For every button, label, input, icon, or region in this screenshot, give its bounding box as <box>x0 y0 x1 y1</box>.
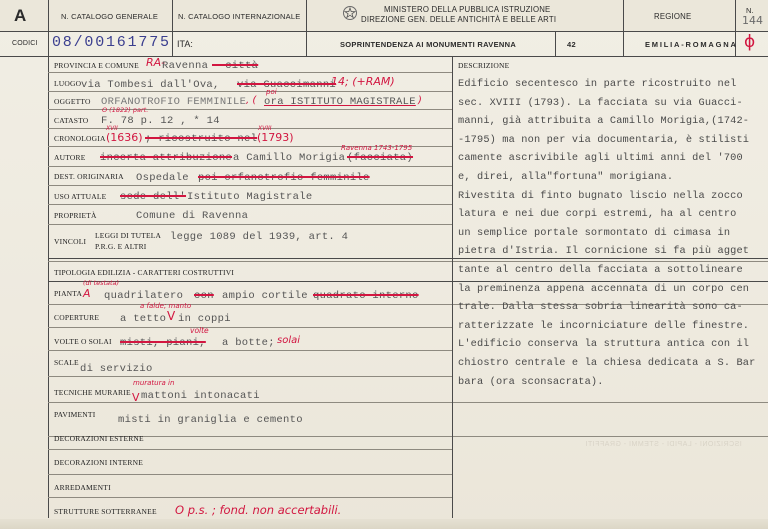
proprieta-value: Comune di Ravenna <box>136 210 248 222</box>
uso-attuale-label: USO ATTUALE <box>54 192 106 201</box>
pianta-annotation: A <box>83 287 91 300</box>
descrizione-line: tante al centro della facciata a sottoli… <box>458 264 743 276</box>
cronologia-value-2: (1793) <box>257 131 294 144</box>
regione-label: REGIONE <box>654 12 691 21</box>
luogo-annotation: 14; (+RAM) <box>331 75 395 88</box>
strutture-label: STRUTTURE SOTTERRANEE <box>54 507 157 516</box>
tecniche-value: mattoni intonacati <box>141 390 260 402</box>
descrizione-line: sec. XVIII (1793). La facciata su via Gu… <box>458 97 743 109</box>
coperture-value: a tetto <box>120 313 166 325</box>
ita-label: ITA: <box>177 39 193 49</box>
autore-struck-2: (facciata) <box>347 152 413 164</box>
proprieta-label: PROPRIETÀ <box>54 211 97 220</box>
coperture-value-2: in coppi <box>178 313 231 325</box>
provincia-label: PROVINCIA E COMUNE <box>54 61 139 70</box>
arredamenti-label: ARREDAMENTI <box>54 483 111 492</box>
volte-annotation: solai <box>277 335 300 346</box>
tipologia-heading: TIPOLOGIA EDILIZIA - CARATTERI COSTRUTTI… <box>54 268 234 277</box>
uso-attuale-value: Istituto Magistrale <box>187 191 312 203</box>
pianta-struck-1: con <box>194 290 214 302</box>
cronologia-value: (1636) <box>106 131 143 144</box>
catalogo-internazionale-label: N. CATALOGO INTERNAZIONALE <box>178 12 300 21</box>
oggetto-annotation-close: ) <box>418 95 422 106</box>
decorazioni-esterne-label: DECORAZIONI ESTERNE <box>54 434 144 443</box>
pavimenti-label: PAVIMENTI <box>54 410 95 419</box>
pianta-value-2: ampio cortile <box>222 290 308 302</box>
autore-annotation-above: Ravenna 1743-1795 <box>341 144 412 152</box>
uso-attuale-struck: sede dell' <box>120 191 186 203</box>
dest-originaria-value: Ospedale <box>136 172 189 184</box>
codici-label: CODICI <box>12 40 38 47</box>
descrizione-line: latura e nei due corpi estremi, ha al ce… <box>458 208 736 220</box>
dest-originaria-label: DEST. ORIGINARIA <box>54 172 124 181</box>
italian-republic-emblem-icon <box>342 5 358 21</box>
form-letter: A <box>14 6 26 26</box>
descrizione-line: Edificio secentesco in parte ricostruito… <box>458 78 736 90</box>
cronologia-label: CRONOLOGIA <box>54 134 106 143</box>
descrizione-line: manni, già attribuita a Camillo Morigia,… <box>458 115 749 127</box>
oggetto-annotation-open: , ( <box>246 95 256 106</box>
ministry-line-2: DIREZIONE GEN. DELLE ANTICHITÀ E BELLE A… <box>361 15 556 24</box>
volte-label: VOLTE o SOLAI <box>54 337 112 346</box>
coperture-annotation-above: a falde; manto <box>140 302 191 310</box>
vincoli-label: VINCOLI <box>54 237 86 246</box>
pianta-value: quadrilatero <box>104 290 183 302</box>
descrizione-line: pietra d'Istria. Il cornicione si fa più… <box>458 245 749 257</box>
luogo-label: LUOGO <box>54 79 81 88</box>
descrizione-line: Rivestita di finto bugnato liscio nella … <box>458 190 743 202</box>
cronologia-struck: ; ricostruito nel <box>145 133 257 145</box>
descrizione-label: DESCRIZIONE <box>458 61 509 70</box>
descrizione-line: camente ascrivibile agli ultimi anni del… <box>458 152 743 164</box>
pianta-annotation-above: (di testata) <box>83 279 119 287</box>
volte-annotation-above: volte <box>190 326 209 335</box>
catasto-value: F. 78 p. 12 , * 14 <box>101 115 220 127</box>
vincoli-sub-1: LEGGI DI TUTELA <box>95 231 161 240</box>
scale-value: di servizio <box>80 363 153 375</box>
volte-struck: misti, piani, <box>120 337 206 349</box>
tecniche-annotation-above: muratura in <box>133 379 174 387</box>
descrizione-line: bara (ora sconsacrata). <box>458 376 604 388</box>
oggetto-annotation-above: poi <box>266 88 277 96</box>
coperture-annotation: V <box>167 309 175 323</box>
descrizione-line: un semplice portale sormontato di cimasa… <box>458 227 730 239</box>
provincia-struck: - città <box>212 60 258 72</box>
code-42: 42 <box>567 40 576 49</box>
volte-value: a botte; <box>222 337 275 349</box>
show-through-text: ISCRIZIONI - LAPIDI - STEMMI - GRAFFITI <box>585 441 742 448</box>
catalog-number: 08/00161775 <box>52 34 171 51</box>
decorazioni-interne-label: DECORAZIONI INTERNE <box>54 458 143 467</box>
autore-struck-1: incerta attribuzione <box>100 152 232 164</box>
descrizione-line: chiostro centrale e la chiesa dedicata a… <box>458 357 755 369</box>
dest-originaria-struck: poi orfanotrofio femminile <box>198 172 370 184</box>
page-edge <box>0 519 768 529</box>
luogo-value: via Tombesi dall'Ova, <box>81 79 220 91</box>
descrizione-line: -1795) ma non per via documentaria, è st… <box>458 134 749 146</box>
oggetto-label: OGGETTO <box>54 97 91 106</box>
autore-label: AUTORE <box>54 153 85 162</box>
regione-value: EMILIA-ROMAGNA <box>645 40 738 49</box>
vincoli-sub-2: P.R.G. E ALTRI <box>95 242 147 251</box>
descrizione-line: e, direi, alla"fortuna" morigiana. <box>458 171 673 183</box>
catasto-label: CATASTO <box>54 116 88 125</box>
scale-label: SCALE <box>54 358 79 367</box>
descrizione-line: ratterizzate le incorniciature delle fin… <box>458 320 749 332</box>
descrizione-line: L'edificio conserva la struttura antica … <box>458 338 749 350</box>
ministry-line-1: MINISTERO DELLA PUBBLICA ISTRUZIONE <box>384 5 550 14</box>
luogo-struck: via Guaccimanni <box>237 79 336 91</box>
handwritten-mark: ϕ <box>744 32 755 52</box>
pianta-struck-2: quadrato interno <box>313 290 419 302</box>
pianta-label: PIANTA <box>54 289 82 298</box>
catasto-annotation-above: O (1822) part. <box>102 106 148 114</box>
tecniche-label: TECNICHE MURARIE <box>54 388 131 397</box>
catalog-card: CARATTERI COSTRUTTIVI - NOTIZIE STORICO … <box>0 0 768 529</box>
vincoli-value: legge 1089 del 1939, art. 4 <box>170 231 348 243</box>
autore-value: a Camillo Morigia <box>233 152 345 164</box>
descrizione-line: la preminenza appena accennata di un cor… <box>458 283 749 295</box>
n-value: 144 <box>742 14 763 27</box>
strutture-annotation: O p.s. ; fond. non accertabili. <box>175 503 341 517</box>
provincia-value: Ravenna <box>162 60 208 72</box>
coperture-label: COPERTURE <box>54 313 99 322</box>
oggetto-value-2: ora ISTITUTO MAGISTRALE <box>264 96 416 108</box>
catalogo-generale-label: N. CATALOGO GENERALE <box>61 12 158 21</box>
descrizione-line: trale. Dalla stessa sobria linearità son… <box>458 301 743 313</box>
soprintendenza: SOPRINTENDENZA AI MONUMENTI RAVENNA <box>340 40 516 49</box>
pavimenti-value: misti in graniglia e cemento <box>118 414 303 426</box>
